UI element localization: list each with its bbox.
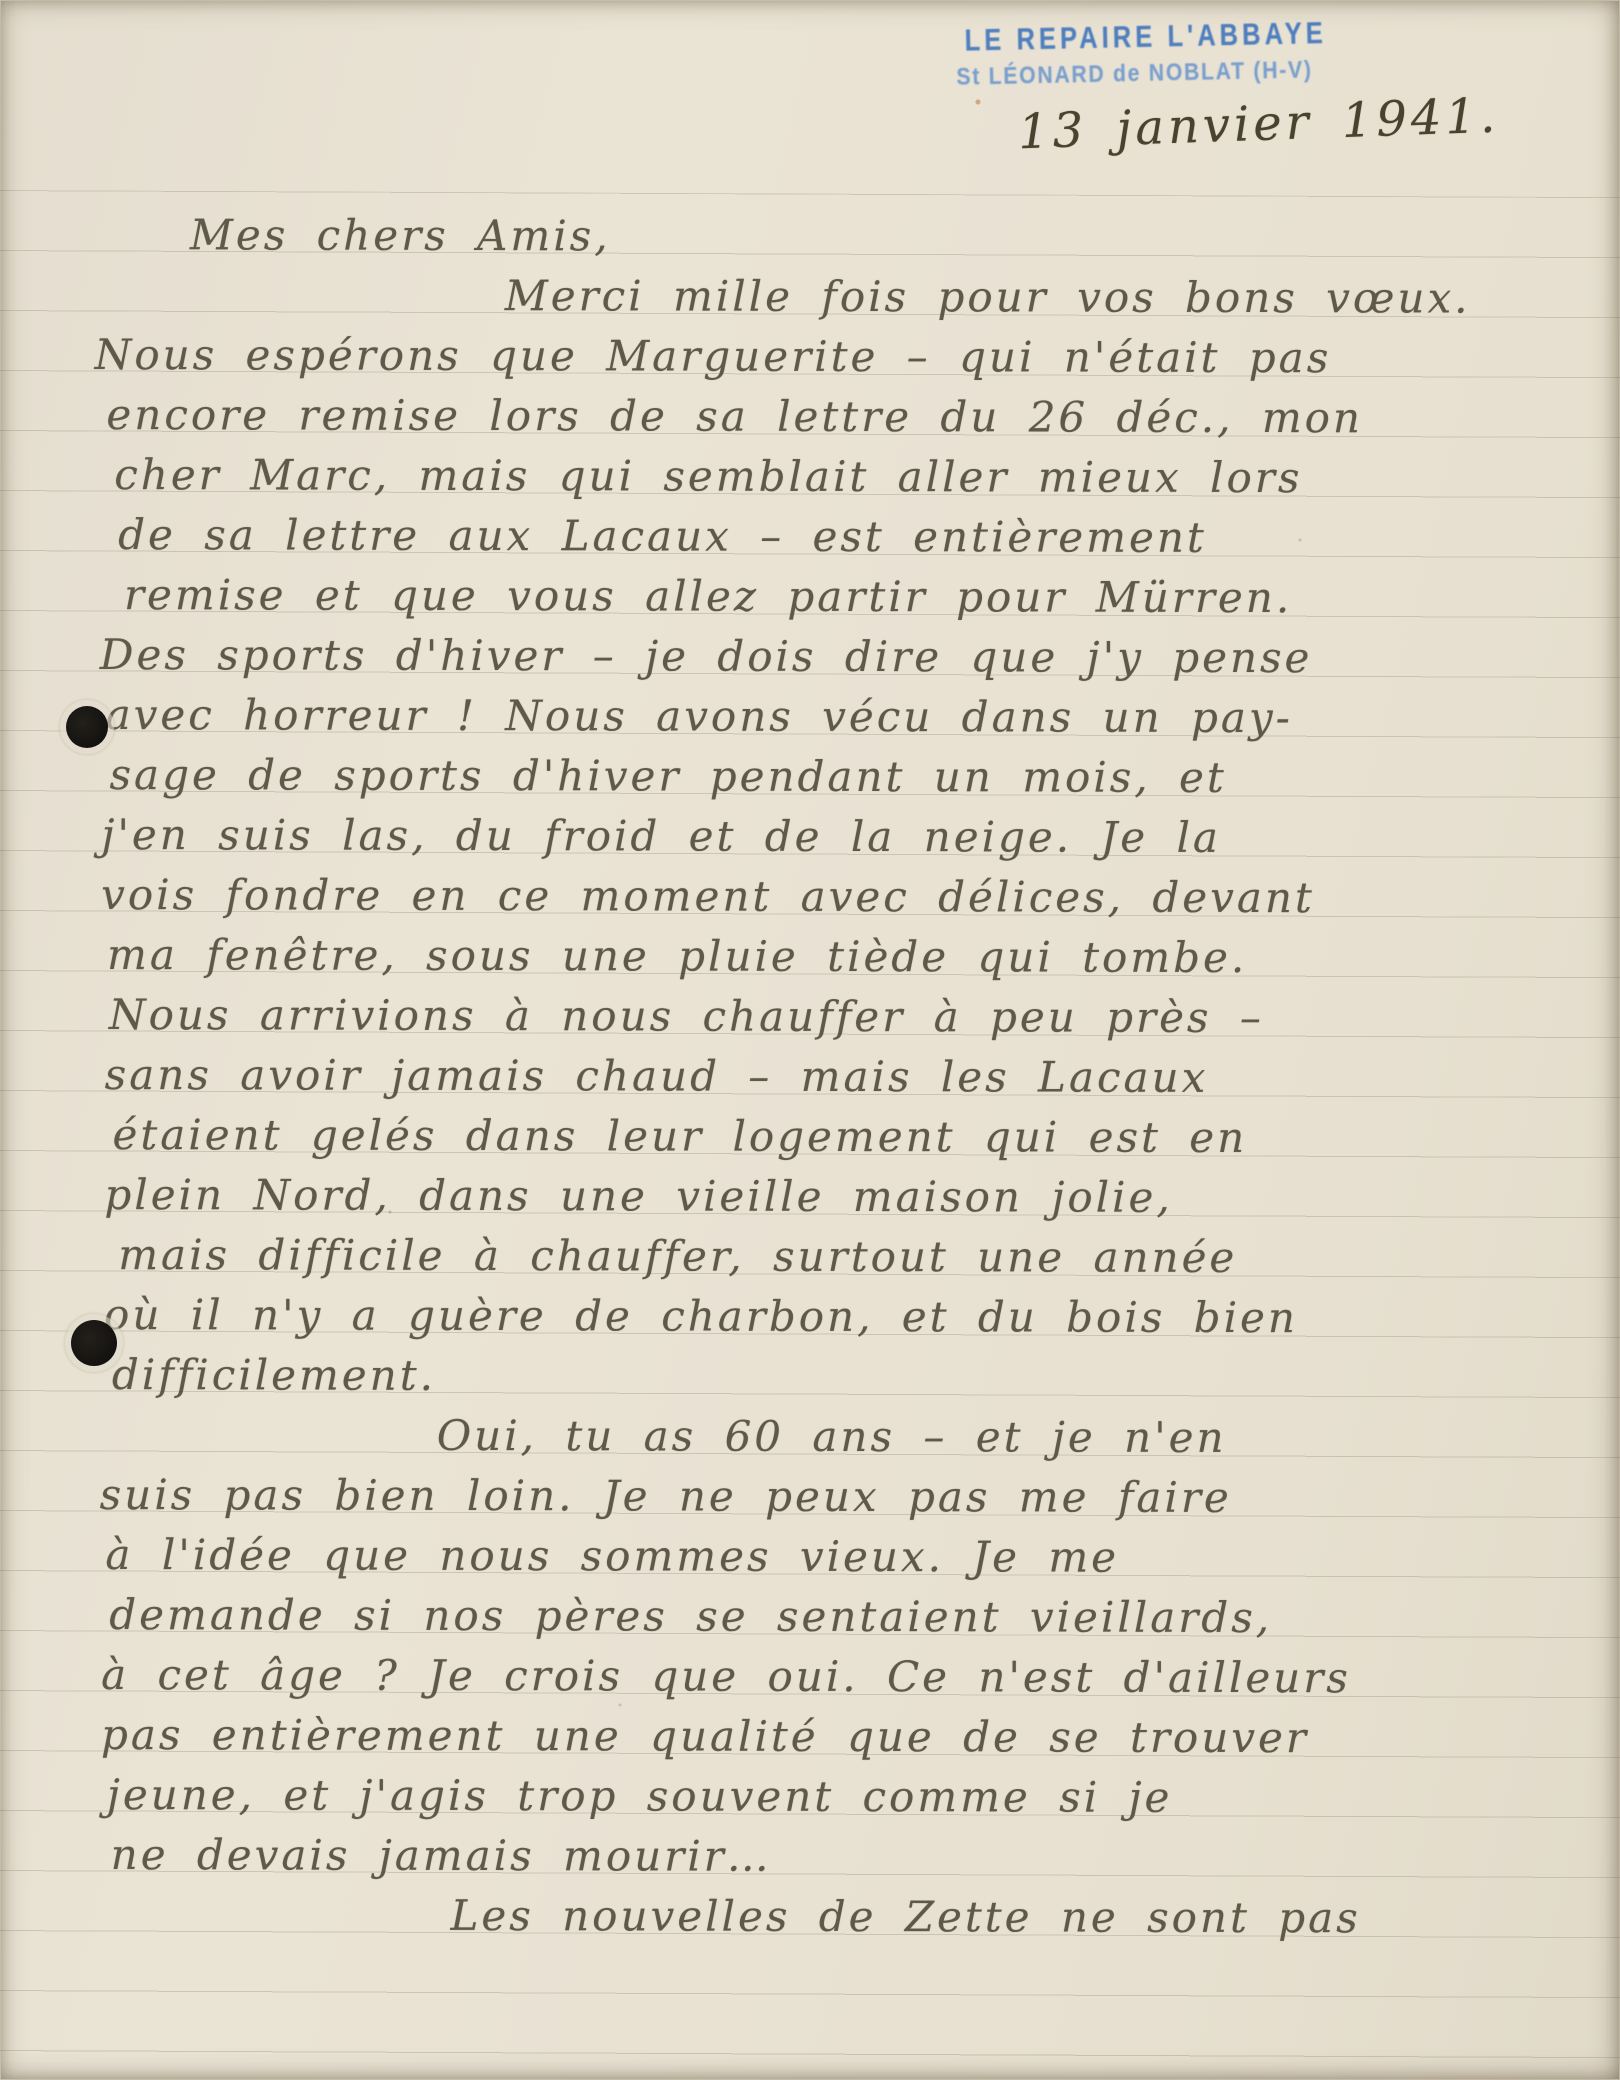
address-stamp: LE REPAIRE L'ABBAYE St LÉONARD de NOBLAT… — [937, 17, 1238, 92]
letter-line: Mes chers Amis, — [190, 205, 1580, 269]
letter-line: Merci mille fois pour vos bons vœux. — [505, 266, 1580, 329]
letter-line: à cet âge ? Je crois que oui. Ce n'est d… — [101, 1645, 1576, 1709]
hole-punch — [71, 1320, 117, 1366]
letter-line: à l'idée que nous sommes vieux. Je me — [105, 1525, 1576, 1589]
letter-line: sans avoir jamais chaud – mais les Lacau… — [105, 1045, 1578, 1109]
letter-line: encore remise lors de sa lettre du 26 dé… — [106, 385, 1579, 449]
letter-line: suis pas bien loin. Je ne peux pas me fa… — [100, 1465, 1577, 1529]
letter-line: cher Marc, mais qui semblait aller mieux… — [114, 445, 1579, 509]
letter-line: étaient gelés dans leur logement qui est… — [112, 1105, 1577, 1169]
letter-line: vois fondre en ce moment avec délices, d… — [101, 865, 1578, 929]
hole-punch — [66, 706, 108, 748]
letter-line: Les nouvelles de Zette ne sont pas — [450, 1886, 1575, 1949]
handwritten-date: 13 janvier 1941. — [1017, 88, 1500, 161]
letter-line: sage de sports d'hiver pendant un mois, … — [109, 745, 1578, 809]
letter-line: jeune, et j'agis trop souvent comme si j… — [107, 1765, 1576, 1829]
letter-line: Nous espérons que Marguerite – qui n'éta… — [95, 325, 1580, 389]
letter-line: ne devais jamais mourir… — [111, 1825, 1576, 1889]
letter-line: Oui, tu as 60 ans – et je n'en — [437, 1406, 1577, 1469]
letter-line: demande si nos pères se sentaient vieill… — [109, 1585, 1576, 1649]
letter-line: pas entièrement une qualité que de se tr… — [101, 1705, 1576, 1769]
letter-line: mais difficile à chauffer, surtout une a… — [118, 1225, 1577, 1289]
letter-line: plein Nord, dans une vieille maison joli… — [104, 1165, 1577, 1229]
letter-line: j'en suis las, du froid et de la neige. … — [101, 805, 1578, 869]
letter-line: ma fenêtre, sous une pluie tiède qui tom… — [107, 925, 1578, 989]
letter-line: difficilement. — [112, 1345, 1577, 1409]
stamp-line-2: St LÉONARD de NOBLAT (H-V) — [956, 58, 1221, 92]
letter-body: Mes chers Amis,Merci mille fois pour vos… — [90, 205, 1580, 1949]
letter-line: remise et que vous allez partir pour Mür… — [124, 565, 1579, 629]
letter-line: de sa lettre aux Lacaux – est entièremen… — [118, 505, 1579, 569]
stamp-line-1: LE REPAIRE L'ABBAYE — [964, 17, 1211, 58]
letter-page: LE REPAIRE L'ABBAYE St LÉONARD de NOBLAT… — [0, 0, 1620, 2080]
letter-line: Des sports d'hiver – je dois dire que j'… — [100, 625, 1579, 689]
letter-line: Nous arrivions à nous chauffer à peu prè… — [109, 985, 1578, 1049]
letter-line: avec horreur ! Nous avons vécu dans un p… — [106, 685, 1579, 749]
letter-line: où il n'y a guère de charbon, et du bois… — [104, 1285, 1577, 1349]
